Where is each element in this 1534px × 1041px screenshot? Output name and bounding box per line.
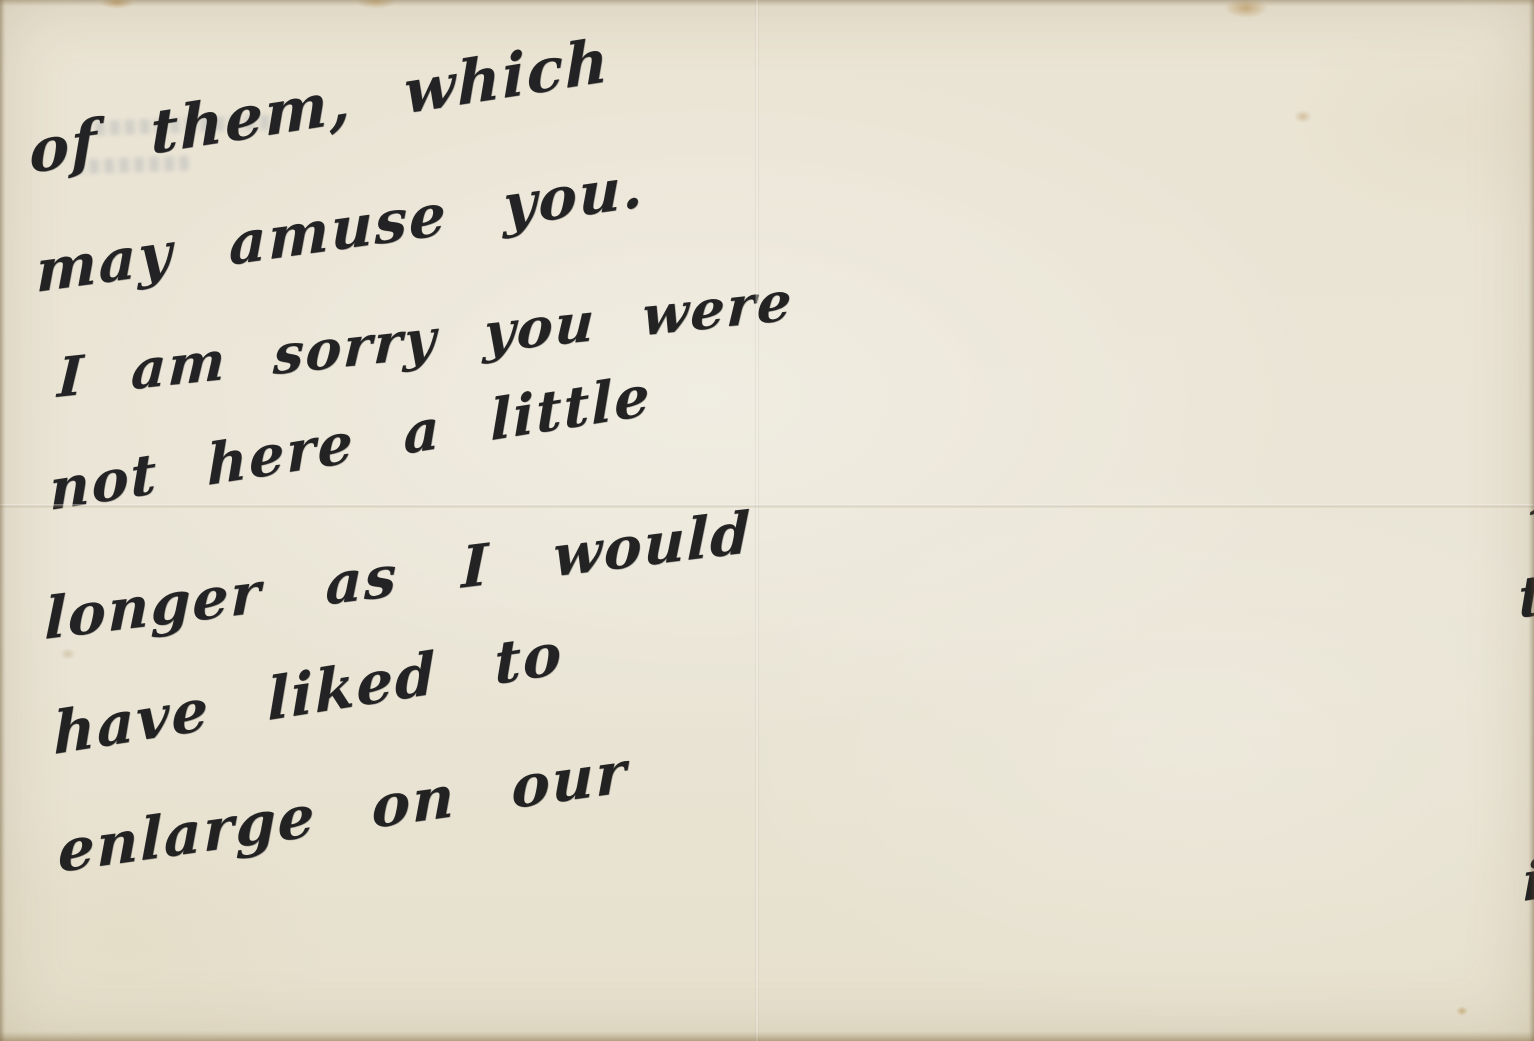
paper-edge-right <box>1529 0 1534 1041</box>
letter-page-right: Bucarest conversation. Unless something … <box>757 0 1534 1041</box>
paper-edge-top <box>0 0 1534 6</box>
handwritten-line: enlarge on our <box>58 737 628 886</box>
letter-scan: of them, which may amuse you. I am sorry… <box>0 0 1534 1041</box>
letter-page-left: of them, which may amuse you. I am sorry… <box>0 0 757 1041</box>
paper-edge-left <box>0 0 5 1041</box>
paper-edge-bottom <box>0 1031 1534 1041</box>
handwritten-line: of them, which <box>29 25 611 188</box>
handwritten-line: longer as I would <box>44 499 752 653</box>
handwritten-line: I am sorry you were <box>56 268 795 410</box>
